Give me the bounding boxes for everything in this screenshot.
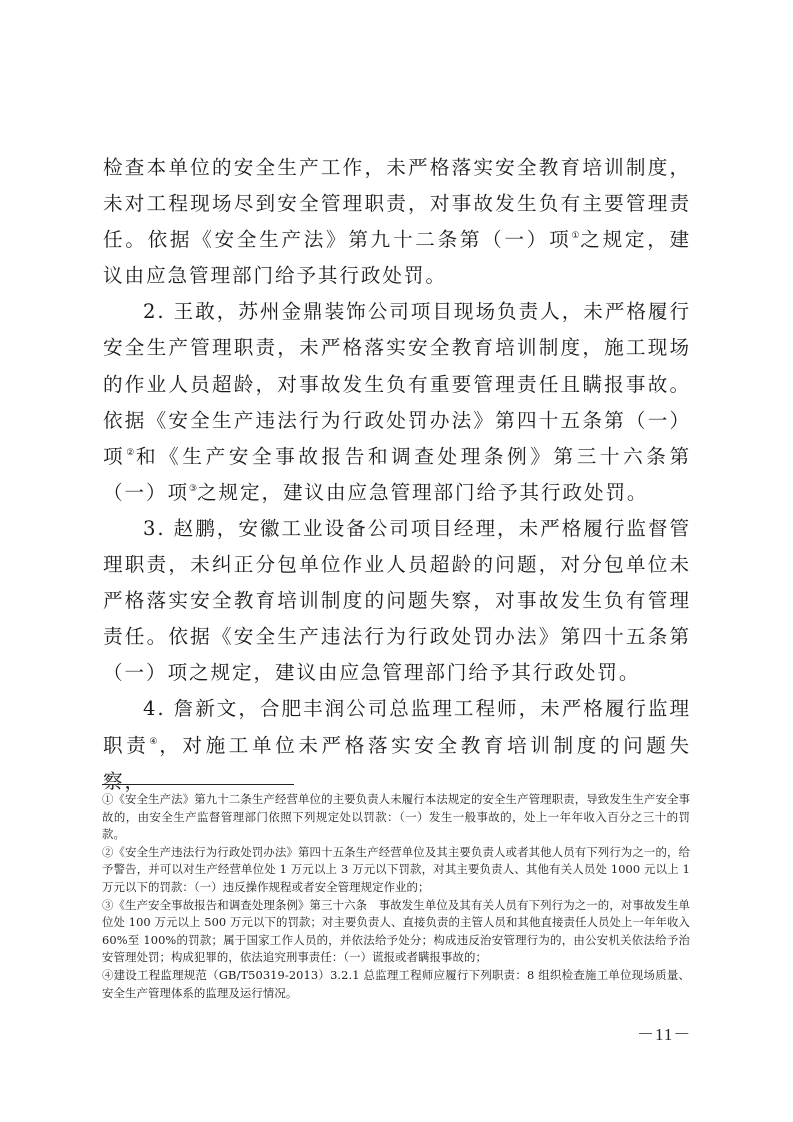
footnote-ref-2[interactable]: ②	[126, 448, 136, 458]
document-page: 检查本单位的安全生产工作，未严格落实安全教育培训制度，未对工程现场尽到安全管理职…	[0, 0, 793, 1122]
footnote-separator	[102, 784, 294, 785]
footnote-2: ②《安全生产违法行为行政处罚办法》第四十五条生产经营单位及其主要负责人或者其他人…	[102, 844, 690, 897]
footnotes: ①《安全生产法》第九十二条生产经营单位的主要负责人未履行本法规定的安全生产管理职…	[102, 791, 690, 1002]
footnote-ref-3[interactable]: ③	[189, 484, 197, 494]
body-text: 检查本单位的安全生产工作，未严格落实安全教育培训制度，未对工程现场尽到安全管理职…	[103, 150, 691, 800]
footnote-1: ①《安全生产法》第九十二条生产经营单位的主要负责人未履行本法规定的安全生产管理职…	[102, 791, 690, 844]
footnote-ref-1[interactable]: ①	[571, 231, 580, 241]
footnote-4: ④建设工程监理规范（GB/T50319-2013）3.2.1 总监理工程师应履行…	[102, 967, 690, 1002]
paragraph-text: 3. 赵鹏，安徽工业设备公司项目经理，未严格履行监督管理职责，未纠正分包单位作业…	[103, 517, 691, 684]
paragraph-2: 2. 王敢，苏州金鼎装饰公司项目现场负责人，未严格履行安全生产管理职责，未严格落…	[103, 294, 691, 511]
page-number: －11－	[637, 1020, 691, 1045]
paragraph-1: 检查本单位的安全生产工作，未严格落实安全教育培训制度，未对工程现场尽到安全管理职…	[103, 150, 691, 294]
footnote-ref-4[interactable]: ④	[149, 737, 159, 747]
paragraph-3: 3. 赵鹏，安徽工业设备公司项目经理，未严格履行监督管理职责，未纠正分包单位作业…	[103, 511, 691, 691]
footnote-3: ③《生产安全事故报告和调查处理条例》第三十六条 事故发生单位及其有关人员有下列行…	[102, 897, 690, 967]
paragraph-text: 之规定，建议由应急管理部门给予其行政处罚。	[197, 481, 648, 504]
paragraph-text: 2. 王敢，苏州金鼎装饰公司项目现场负责人，未严格履行安全生产管理职责，未严格落…	[103, 300, 691, 467]
